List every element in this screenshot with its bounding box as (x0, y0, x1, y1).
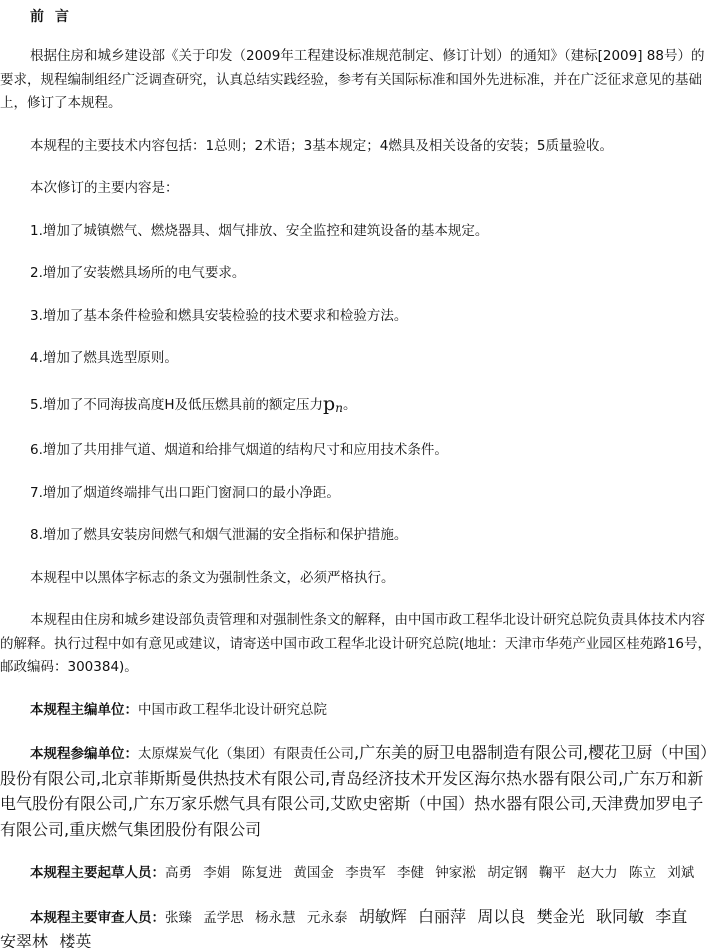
person-name: 楼英 (59, 932, 91, 948)
person-name: 白丽萍 (418, 907, 466, 926)
main-content-paragraph: 本规程的主要技术内容包括：1总则；2术语；3基本规定；4燃具及相关设备的安装；5… (0, 135, 713, 159)
person-name: 李直 (655, 907, 687, 926)
person-name: 胡敏辉 (359, 907, 407, 926)
person-name: 张臻 (165, 910, 192, 926)
person-name: 周以良 (477, 907, 525, 926)
revision-item-6: 6.增加了共用排气道、烟道和给排气烟道的结构尺寸和应用技术条件。 (0, 439, 713, 463)
chief-editor-unit: 本规程主编单位：中国市政工程华北设计研究总院 (0, 699, 713, 723)
person-name: 刘斌 (667, 865, 694, 881)
revision-item-7: 7.增加了烟道终端排气出口距门窗洞口的最小净距。 (0, 482, 713, 506)
chief-editor-value: 中国市政工程华北设计研究总院 (138, 702, 327, 718)
participants-label: 本规程参编单位： (30, 746, 138, 762)
person-name: 安翠林 (0, 932, 48, 948)
intro-paragraph: 根据住房和城乡建设部《关于印发（2009年工程建设标准规范制定、修订计划）的通知… (0, 45, 713, 116)
revision-item-3: 3.增加了基本条件检验和燃具安装检验的技术要求和检验方法。 (0, 305, 713, 329)
main-drafters: 本规程主要起草人员：高勇 李娟 陈复进 黄国金 李贵军 李健 钟家淞 胡定钢 鞠… (0, 862, 713, 886)
revision-item-1: 1.增加了城镇燃气、燃烧器具、烟气排放、安全监控和建筑设备的基本规定。 (0, 220, 713, 244)
management-paragraph: 本规程由住房和城乡建设部负责管理和对强制性条文的解释，由中国市政工程华北设计研究… (0, 609, 713, 680)
revision-item-2: 2.增加了安装燃具场所的电气要求。 (0, 262, 713, 286)
person-name: 元永泰 (307, 910, 348, 926)
person-name: 陈复进 (242, 865, 283, 881)
revision-item-8: 8.增加了燃具安装房间燃气和烟气泄漏的安全指标和保护措施。 (0, 524, 713, 548)
drafters-list: 高勇 李娟 陈复进 黄国金 李贵军 李健 钟家淞 胡定钢 鞠平 赵大力 陈立 刘… (165, 865, 701, 881)
document: 前 言 根据住房和城乡建设部《关于印发（2009年工程建设标准规范制定、修订计划… (0, 7, 717, 948)
person-name: 李贵军 (345, 865, 386, 881)
person-name: 赵大力 (577, 865, 618, 881)
mandatory-note: 本规程中以黑体字标志的条文为强制性条文，必须严格执行。 (0, 567, 713, 591)
participating-units: 本规程参编单位：太原煤炭气化（集团）有限责任公司,广东美的厨卫电器制造有限公司,… (0, 741, 713, 843)
person-name: 杨永慧 (255, 910, 296, 926)
person-name: 耿同敏 (596, 907, 644, 926)
person-name: 李健 (397, 865, 424, 881)
person-name: 李娟 (203, 865, 230, 881)
participants-value-small: 太原煤炭气化（集团）有限责任公司 (138, 746, 354, 762)
revision-item-4: 4.增加了燃具选型原则。 (0, 347, 713, 371)
drafters-label: 本规程主要起草人员： (30, 865, 165, 881)
chief-editor-label: 本规程主编单位： (30, 702, 138, 718)
person-name: 胡定钢 (487, 865, 528, 881)
revision-item-5-text: 5.增加了不同海拔高度H及低压燃具前的额定压力 (30, 397, 323, 413)
person-name: 陈立 (629, 865, 656, 881)
revision-item-5: 5.增加了不同海拔高度H及低压燃具前的额定压力pn。 (0, 393, 713, 421)
rated-pressure-symbol: pn (323, 393, 343, 415)
reviewers-label: 本规程主要审查人员： (30, 910, 165, 926)
person-name: 鞠平 (539, 865, 566, 881)
page-title: 前 言 (30, 7, 713, 27)
person-name: 钟家淞 (435, 865, 476, 881)
person-name: 黄国金 (293, 865, 334, 881)
person-name: 高勇 (165, 865, 192, 881)
person-name: 孟学思 (203, 910, 244, 926)
main-reviewers: 本规程主要审查人员：张臻 孟学思 杨永慧 元永泰 胡敏辉 白丽萍 周以良 樊金光… (0, 905, 713, 948)
reviewers-list-small: 张臻 孟学思 杨永慧 元永泰 (165, 910, 359, 926)
revision-intro: 本次修订的主要内容是： (0, 177, 713, 201)
person-name: 樊金光 (537, 907, 585, 926)
